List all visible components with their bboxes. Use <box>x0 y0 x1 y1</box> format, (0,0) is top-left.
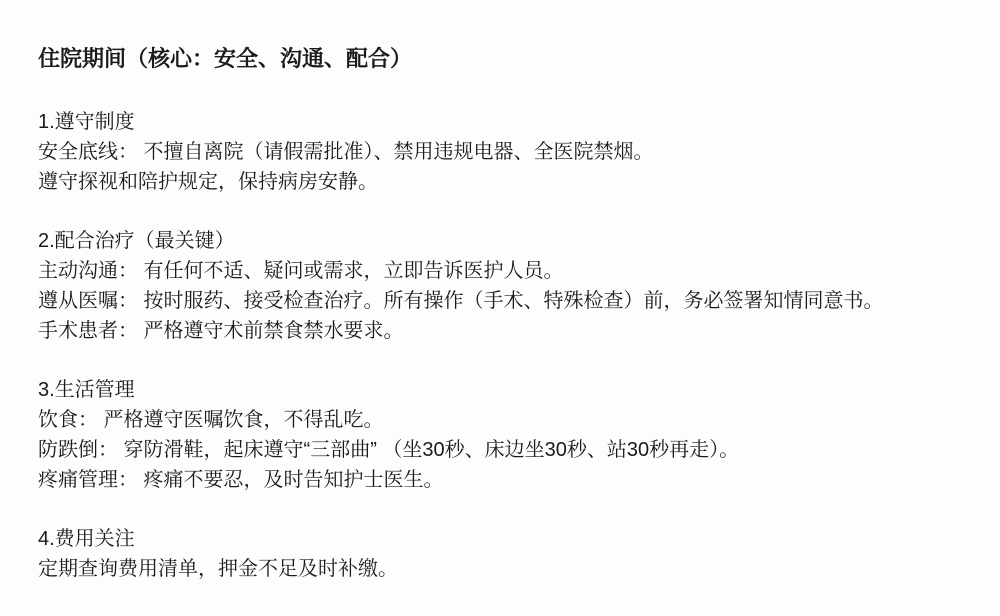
section-daily-management: 3.生活管理 饮食： 严格遵守医嘱饮食，不得乱吃。 防跌倒： 穿防滑鞋，起床遵守… <box>38 375 962 495</box>
section-treatment-cooperation: 2.配合治疗（最关键） 主动沟通： 有任何不适、疑问或需求，立即告诉医护人员。 … <box>38 226 962 346</box>
section-line: 饮食： 严格遵守医嘱饮食，不得乱吃。 <box>38 405 962 435</box>
section-line: 定期查询费用清单，押金不足及时补缴。 <box>38 554 962 584</box>
section-heading: 4.费用关注 <box>38 524 962 554</box>
document: 住院期间（核心：安全、沟通、配合） 1.遵守制度 安全底线： 不擅自离院（请假需… <box>0 0 1000 616</box>
section-cost-attention: 4.费用关注 定期查询费用清单，押金不足及时补缴。 <box>38 524 962 584</box>
section-line: 主动沟通： 有任何不适、疑问或需求，立即告诉医护人员。 <box>38 256 962 286</box>
section-heading: 3.生活管理 <box>38 375 962 405</box>
section-line: 疼痛管理： 疼痛不要忍，及时告知护士医生。 <box>38 465 962 495</box>
document-title: 住院期间（核心：安全、沟通、配合） <box>38 44 962 74</box>
section-line: 手术患者： 严格遵守术前禁食禁水要求。 <box>38 316 962 346</box>
section-heading: 1.遵守制度 <box>38 107 962 137</box>
section-line: 遵守探视和陪护规定，保持病房安静。 <box>38 167 962 197</box>
section-line: 遵从医嘱： 按时服药、接受检查治疗。所有操作（手术、特殊检查）前，务必签署知情同… <box>38 286 962 316</box>
section-line: 防跌倒： 穿防滑鞋，起床遵守“三部曲” （坐30秒、床边坐30秒、站30秒再走）… <box>38 435 962 465</box>
section-heading: 2.配合治疗（最关键） <box>38 226 962 256</box>
section-rules: 1.遵守制度 安全底线： 不擅自离院（请假需批准）、禁用违规电器、全医院禁烟。 … <box>38 107 962 197</box>
section-line: 安全底线： 不擅自离院（请假需批准）、禁用违规电器、全医院禁烟。 <box>38 137 962 167</box>
